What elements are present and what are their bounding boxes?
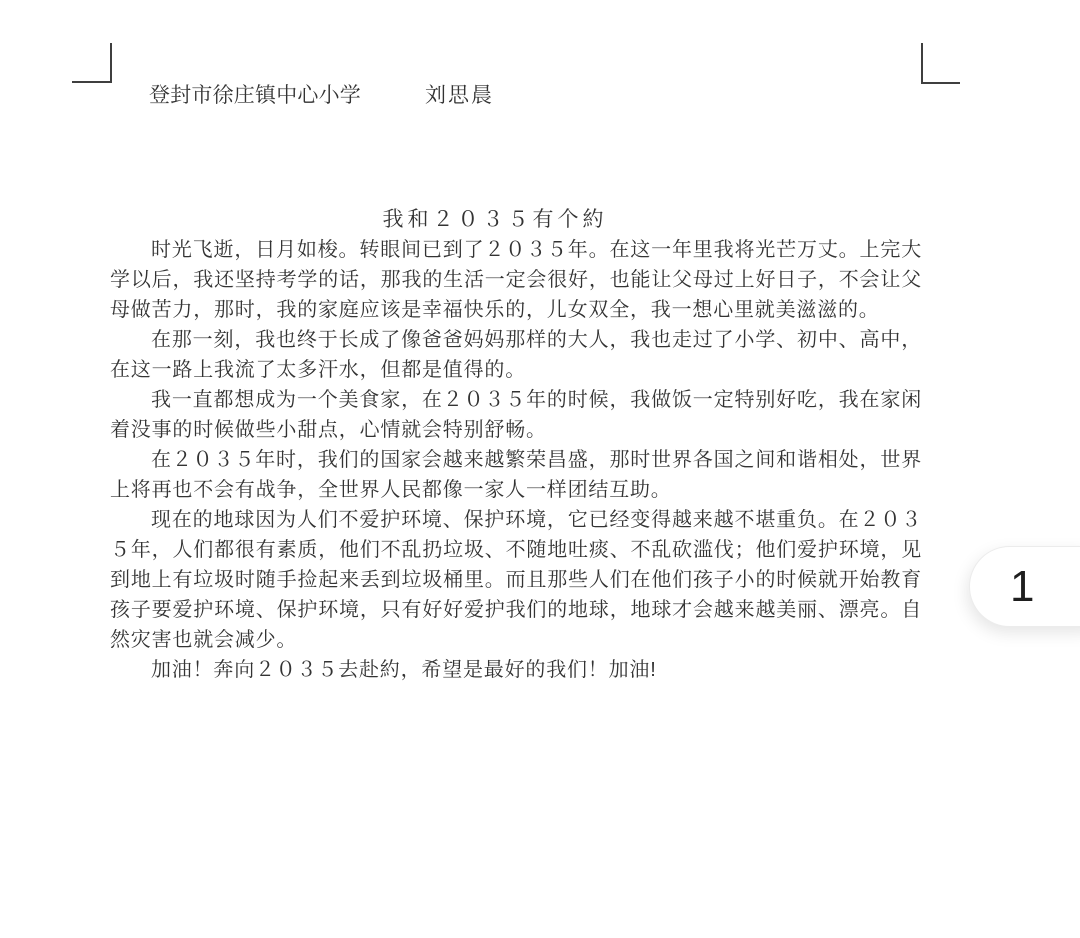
essay-title: 我和２０３５有个約 [89, 205, 901, 235]
school-name: 登封市徐庄镇中心小学 [149, 84, 361, 107]
essay-paragraph: 时光飞逝，日月如梭。转眼间已到了２０３５年。在这一年里我将光芒万丈。上完大学以后… [110, 235, 922, 325]
page-number-tab[interactable]: 1 [969, 546, 1080, 627]
page-number: 1 [1010, 565, 1034, 609]
essay-paragraph: 加油！奔向２０３５去赴約，希望是最好的我们！加油! [110, 655, 922, 685]
document-page: 登封市徐庄镇中心小学刘思晨 我和２０３５有个約 时光飞逝，日月如梭。转眼间已到了… [0, 0, 1080, 938]
essay-paragraph: 我一直都想成为一个美食家，在２０３５年的时候，我做饭一定特别好吃，我在家闲着没事… [110, 385, 922, 445]
corner-mark-top-left-icon [72, 43, 112, 83]
essay-paragraph: 现在的地球因为人们不爱护环境、保护环境，它已经变得越来越不堪重负。在２０３５年，… [110, 505, 922, 655]
essay-paragraph: 在那一刻，我也终于长成了像爸爸妈妈那样的大人，我也走过了小学、初中、高中，在这一… [110, 325, 922, 385]
essay-paragraph: 在２０３５年时，我们的国家会越来越繁荣昌盛，那时世界各国之间和谐相处，世界上将再… [110, 445, 922, 505]
corner-mark-top-right-icon [921, 43, 960, 84]
essay-body: 我和２０３５有个約 时光飞逝，日月如梭。转眼间已到了２０３５年。在这一年里我将光… [110, 205, 922, 685]
author-name: 刘思晨 [425, 84, 494, 107]
document-header: 登封市徐庄镇中心小学刘思晨 [149, 84, 494, 108]
